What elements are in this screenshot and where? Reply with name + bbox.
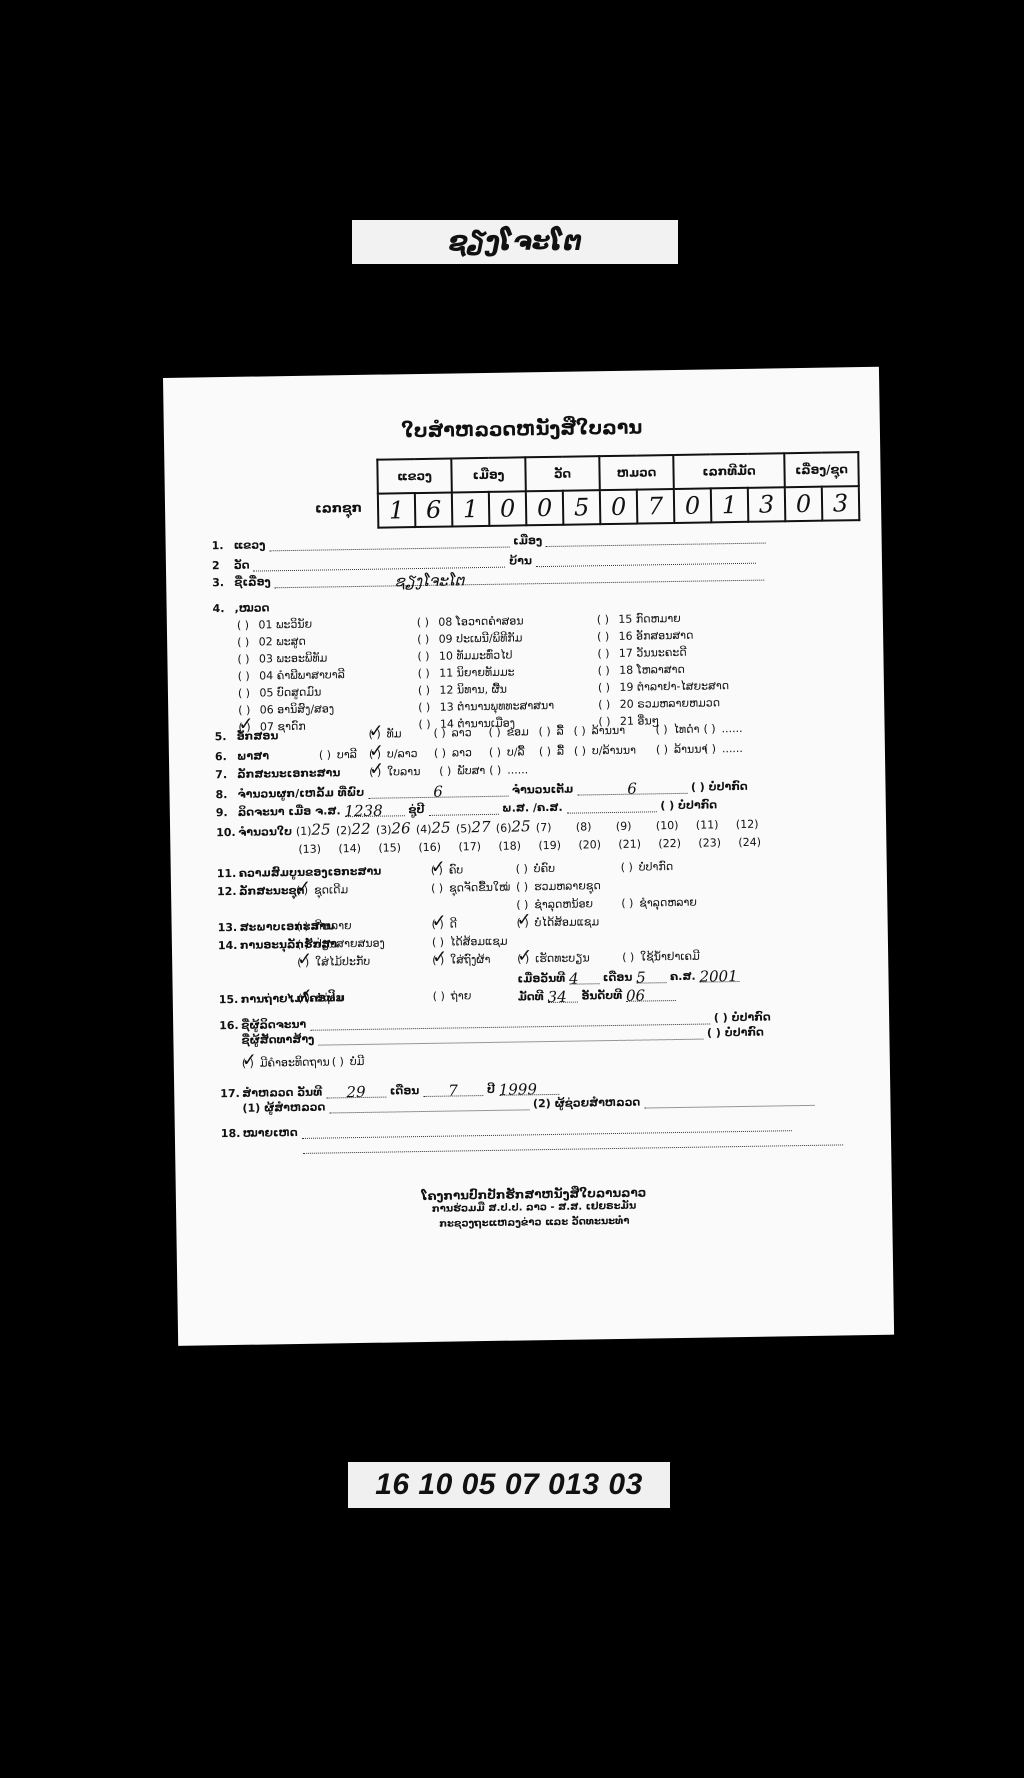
field-12-option[interactable]: ( )ຊຸດຈັດຂື້ນໃໝ່	[431, 881, 510, 895]
field-7-option[interactable]: ( )ພັບສາ	[439, 764, 485, 778]
code-label: ເລກຊຸກ	[315, 501, 362, 517]
field-6-option[interactable]: ( )ລ້ານນາ	[656, 742, 708, 756]
code-digit: 6	[415, 492, 453, 527]
survey-form-sheet: ໃບສຳຫລວດຫນັງສືໃບລານ ເລກຊຸກ ແຂວງເມືອງວັດຫ…	[163, 367, 894, 1346]
category-option-02[interactable]: ( ) 02 ພະສູດ	[237, 635, 306, 649]
field-13-option[interactable]: ( )ດີ	[432, 917, 458, 930]
field-13-option[interactable]: ( )ດີຫລາຍ	[297, 919, 352, 933]
category-option-16[interactable]: ( ) 16 ອັກສອນສາດ	[597, 629, 694, 644]
field-7-option[interactable]: ( )......	[489, 763, 528, 777]
field-6-option[interactable]: ( )ລາວ	[434, 746, 472, 760]
field-14-option[interactable]: ( )ໃສ່ໄມ້ປະກັບ	[297, 955, 370, 969]
field-14-option[interactable]: ( )ໃສ່ຖົງຜ້າ	[432, 953, 490, 967]
code-digit: 1	[711, 488, 749, 523]
field-14-option[interactable]: ( )ເຮັດທະບຽນ	[517, 951, 590, 965]
field-10: 10.ຈຳນວນໃບ (1)25(2)22(3)26(4)25(5)27(6)2…	[216, 813, 778, 858]
field-14-option[interactable]: ( )ໃຊ້ນ້ຳຢາເຄມີ	[622, 950, 700, 964]
field-4: 4.,ໝວດ	[213, 601, 270, 615]
code-digit: 1	[378, 493, 416, 528]
field-5-option[interactable]: ( )ລື້	[538, 725, 563, 738]
field-16-option[interactable]: ( )ບໍ່ມີ	[332, 1055, 365, 1069]
field-18: 18.ໝາຍເຫດ	[221, 1115, 843, 1155]
bundle-number: ມັດທີ 34 ອັນດັບທີ 06	[518, 986, 676, 1003]
field-11-option[interactable]: ( )ບໍ່ຄົບ	[516, 862, 556, 876]
field-7-label: 7.ລັກສະນະເອກະສານ	[215, 766, 340, 781]
code-header: ເລື່ອງ/ຊຸດ	[784, 452, 859, 487]
code-header: ແຂວງ	[377, 458, 452, 493]
field-16-option[interactable]: ( )ມີຄຳອະທິດຖານ	[242, 1055, 330, 1069]
category-option-13[interactable]: ( ) 13 ຕຳນານພຸທທະສາສນາ	[418, 699, 554, 714]
field-5-option[interactable]: ( )ທັມ	[369, 727, 402, 741]
field-12-option[interactable]: ( )ຊຳລຸດຫລາຍ	[621, 896, 697, 910]
field-15-option[interactable]: ( )ບໍ່ຖ່າຍ	[298, 991, 344, 1005]
code-digit: 7	[637, 489, 675, 524]
category-option-05[interactable]: ( ) 05 ບົດສູດມົນ	[238, 686, 322, 700]
field-5-option[interactable]: ( )ໄທດຳ	[655, 723, 699, 737]
category-option-12[interactable]: ( ) 12 ນິທານ, ຜື້ນ	[418, 683, 507, 697]
code-digit: 1	[452, 492, 490, 527]
category-option-01[interactable]: ( ) 01 ພະວິນັຍ	[237, 618, 312, 632]
form-footer: ໂຄງການປົກປັກຮັກສາຫນັງສືໃບລານລາວການຮ່ວມມື…	[163, 367, 879, 378]
category-option-20[interactable]: ( ) 20 ຣວມຫລາຍຫມວດ	[598, 696, 720, 711]
temple-value	[253, 553, 505, 572]
village-value	[536, 549, 756, 567]
field-5-option[interactable]: ( )......	[703, 722, 742, 736]
field-12-label: 12.ລັກສະນະຊຸດ	[217, 884, 305, 898]
field-6-option[interactable]: ( )ບ/ລ້ານນາ	[574, 744, 636, 758]
code-digit: 0	[489, 491, 527, 526]
field-11-option[interactable]: ( )ບໍ່ປາກົດ	[621, 860, 674, 874]
category-option-18[interactable]: ( ) 18 ໂຫລາສາດ	[598, 663, 685, 677]
category-options: ( ) 01 ພະວິນັຍ( ) 02 ພະສູດ( ) 03 ພະອະພິທ…	[163, 367, 879, 378]
field-6-option[interactable]: ( )......	[704, 742, 743, 756]
field-12-option[interactable]: ( )ຊຸດເດີມ	[296, 883, 348, 897]
code-digit: 3	[822, 486, 860, 521]
field-11-option[interactable]: ( )ຄົບ	[431, 863, 464, 877]
province-value	[269, 533, 509, 552]
maintenance-date: ເມື່ອວັນທີ 4 ເດືອນ 5 ຄ.ສ. 2001	[517, 967, 739, 985]
code-header: ວັດ	[525, 456, 600, 491]
manuscript-title-label: ຊຽງໂຈະໂຕ	[352, 220, 678, 264]
category-option-08[interactable]: ( ) 08 ໂອວາດຄຳສອນ	[417, 614, 524, 629]
code-digit: 3	[748, 487, 786, 522]
field-6-option[interactable]: ( )ລື້	[539, 745, 564, 758]
field-15-option[interactable]: ( )ຖ່າຍ	[433, 989, 472, 1003]
field-5-option[interactable]: ( )ລ້ານນາ	[573, 724, 625, 738]
field-6-label: 6.ພາສາ	[215, 749, 269, 763]
category-option-11[interactable]: ( ) 11 ນິຍາຍທັມມະ	[418, 666, 515, 681]
category-option-15[interactable]: ( ) 15 ກົດຫມາຍ	[597, 612, 681, 626]
field-6-option[interactable]: ( )ບາລີ	[319, 748, 357, 762]
field-5-option[interactable]: ( )ລາວ	[434, 726, 472, 740]
category-option-03[interactable]: ( ) 03 ພະອະພິທັມ	[237, 651, 327, 665]
field-6-option[interactable]: ( )ບ/ລື້	[489, 745, 525, 759]
code-digit: 5	[563, 490, 601, 525]
code-header: ເມືອງ	[451, 457, 526, 492]
category-option-10[interactable]: ( ) 10 ທັມມະທົ່ວໄປ	[417, 649, 512, 663]
district-value	[546, 529, 766, 547]
code-number-label: 16 10 05 07 013 03	[348, 1462, 670, 1508]
form-title: ໃບສຳຫລວດຫນັງສືໃບລານ	[164, 413, 880, 446]
field-5-label: 5.ອັກສອນ	[215, 729, 279, 743]
code-digit: 0	[526, 491, 564, 526]
code-digit: 0	[785, 487, 823, 522]
category-option-19[interactable]: ( ) 19 ຕຳລາຢາ-ໄສຍະສາດ	[598, 679, 729, 694]
code-digit: 0	[600, 490, 638, 525]
code-header: ເລກທີມັດ	[673, 453, 785, 489]
field-1: 1.ແຂວງ ເມືອງ	[212, 529, 767, 553]
field-16: 16.ຊື່ຜູ້ລິດຈະນາ ( ) ບໍ່ປາກົດຊື່ຜູ້ສັດທາ…	[219, 1009, 771, 1048]
category-option-04[interactable]: ( ) 04 ຄຳພີພາສາບາລີ	[238, 668, 345, 683]
category-option-17[interactable]: ( ) 17 ວັນນະຄະດີ	[597, 646, 686, 660]
field-14-option[interactable]: ( )ບໍ່ໄດ້ສ້ອມແຊມ	[517, 915, 600, 929]
code-grid: ແຂວງເມືອງວັດຫມວດເລກທີມັດເລື່ອງ/ຊຸດ 16100…	[376, 451, 860, 529]
field-5-option[interactable]: ( )ຂອມ	[489, 725, 529, 739]
category-option-09[interactable]: ( ) 09 ປະເພນີ/ພິທີກັມ	[417, 631, 523, 646]
code-header: ຫມວດ	[599, 455, 674, 490]
form-rows: 5.ອັກສອນ( )ທັມ( )ລາວ( )ຂອມ( )ລື້( )ລ້ານນ…	[163, 367, 879, 378]
field-7-option[interactable]: ( )ໃບລານ	[369, 765, 420, 779]
code-digit: 0	[674, 488, 712, 523]
field-17: 17.ສຳຫລວດ ວັນທີ 29 ເດືອນ 7 ປີ 1999(1) ຜູ…	[220, 1076, 814, 1115]
field-12-option[interactable]: ( )ຮວມຫລາຍຊຸດ	[516, 879, 601, 893]
